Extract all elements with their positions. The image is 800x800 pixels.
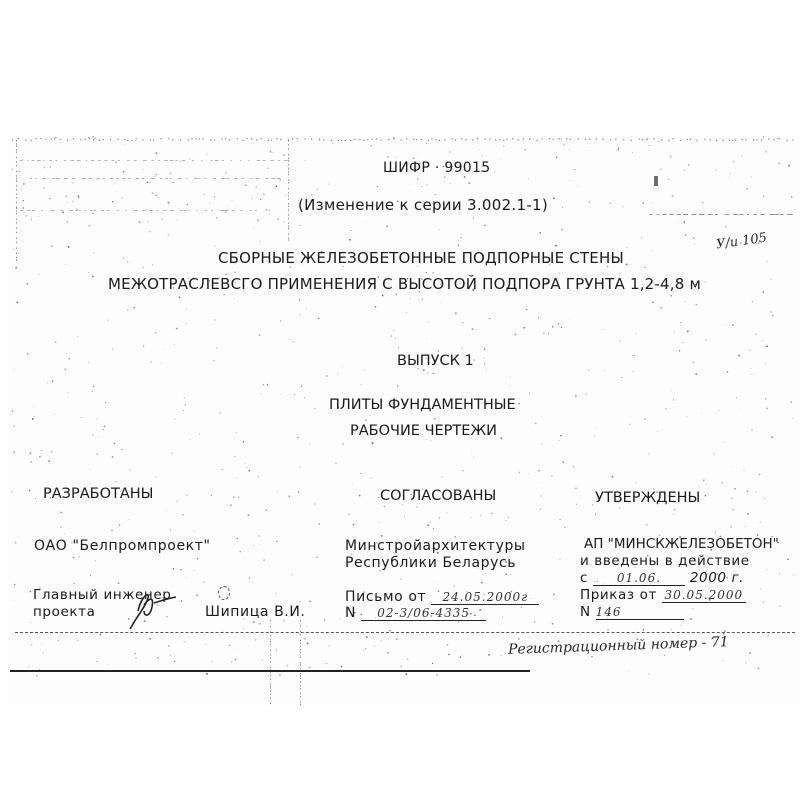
divider-line-dashed [15,632,795,633]
developer-org: ОАО "Белпромпроект" [34,538,211,554]
issue-subject-2: РАБОЧИЕ ЧЕРТЕЖИ [350,423,497,439]
order-line: Приказ от 30.05.2000 [580,587,746,603]
order-number: 146 [596,605,684,620]
from-label: с [580,570,588,586]
engineer-name: Шипица В.И. [205,604,305,620]
signature-icon [110,583,180,633]
title-line-1: СБОРНЫЕ ЖЕЛЕЗОБЕТОННЫЕ ПОДПОРНЫЕ СТЕНЫ [218,249,624,267]
approved-org: АП "МИНСКЖЕЛЕЗОБЕТОН" [584,536,779,552]
letter-date: 24.05.2000г [431,590,539,605]
agreed-org-line-1: Минстройархитектуры [345,538,526,554]
letter-number: 02-3/06-4335 [361,606,486,621]
divider-line-solid [10,670,530,672]
developed-heading: РАЗРАБОТАНЫ [43,486,153,502]
title-line-2: МЕЖОТРАСЛЕВСГО ПРИМЕНЕНИЯ С ВЫСОТОЙ ПОДП… [108,275,701,293]
order-date: 30.05.2000 [662,588,746,603]
approved-heading: УТВЕРЖДЕНЫ [595,490,700,506]
change-note: (Изменение к серии 3.002.1-1) [298,196,548,214]
agreed-heading: СОГЛАСОВАНЫ [380,488,496,504]
agreed-org-line-2: Республики Беларусь [345,555,516,571]
registration-stamp [654,176,776,186]
from-year: 2000 г. [690,570,744,586]
small-mark [218,586,230,600]
letter-number-line: N 02-3/06-4335 [345,605,486,621]
role-line-2: проекта [33,604,95,620]
document-code: ШИФР · 99015 [383,160,490,176]
order-number-label: N [580,604,591,620]
order-label: Приказ от [580,587,657,603]
effective-label: и введены в действие [580,553,750,569]
letter-number-label: N [345,605,356,621]
from-date: 01.06. [593,571,685,586]
letter-label: Письмо от [345,589,426,605]
order-number-line: N 146 [580,604,684,620]
effective-from-line: с 01.06. 2000 г. [580,570,744,586]
issue-label: ВЫПУСК 1 [397,353,474,369]
letter-line: Письмо от 24.05.2000г [345,589,539,605]
issue-subject-1: ПЛИТЫ ФУНДАМЕНТНЫЕ [329,397,516,413]
